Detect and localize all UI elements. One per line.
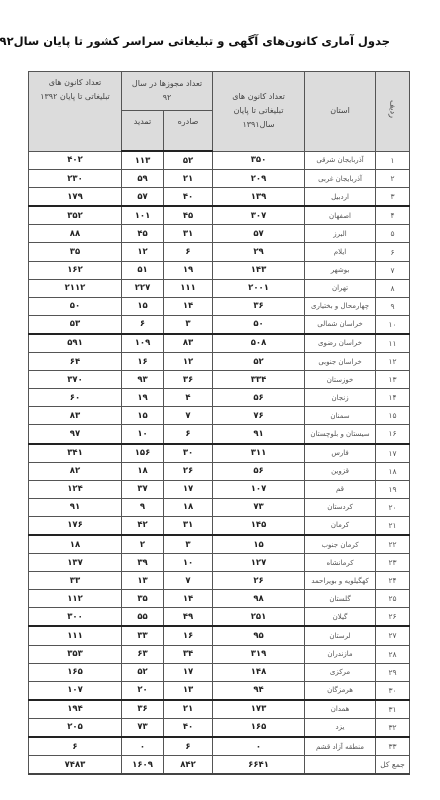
issued-cell: ۳ <box>164 535 213 554</box>
renewed-cell: ۱۹ <box>122 389 164 407</box>
renewed-cell: ۱۵ <box>122 407 164 425</box>
renewed-cell: ۱۶۰۹ <box>122 756 164 775</box>
count-1391-cell: ۳۰۷ <box>213 206 305 225</box>
issued-cell: ۱۷ <box>164 480 213 498</box>
province-cell: سیستان و بلوچستان <box>305 425 376 444</box>
issued-cell: ۷ <box>164 572 213 590</box>
count-1391-cell: ۳۵۰ <box>213 151 305 170</box>
renewed-cell: ۵۷ <box>122 188 164 207</box>
table-row: ۲۴کهگیلویه و بویراحمد۲۶۷۱۳۳۳ <box>29 572 410 590</box>
row-number-cell: ۱۶ <box>376 425 410 444</box>
renewed-cell: ۲۲۷ <box>122 279 164 297</box>
province-cell: قزوین <box>305 462 376 480</box>
row-number-cell: ۲۱ <box>376 516 410 535</box>
count-1392-cell: ۷۴۸۳ <box>29 756 122 775</box>
count-1392-cell: ۱۱۱ <box>29 626 122 645</box>
province-cell: البرز <box>305 225 376 243</box>
table-row: ۳۳منطقه آزاد قشم۰۶۰۶ <box>29 737 410 756</box>
province-cell: سمنان <box>305 407 376 425</box>
count-1391-cell: ۲۹ <box>213 243 305 261</box>
province-cell: آذربایجان غربی <box>305 170 376 188</box>
issued-cell: ۴ <box>164 389 213 407</box>
count-1391-cell: ۵۶ <box>213 389 305 407</box>
province-cell <box>305 756 376 775</box>
renewed-cell: ۳۵ <box>122 590 164 608</box>
issued-cell: ۱۴ <box>164 590 213 608</box>
count-1391-cell: ۱۰۷ <box>213 480 305 498</box>
page-title: جدول آماری کانون‌های آگهی و تبلیغاتی سرا… <box>60 34 390 48</box>
table-row: ۲۷لرستان۹۵۱۶۳۳۱۱۱ <box>29 626 410 645</box>
table-row: ۲۰کردستان۷۳۱۸۹۹۱ <box>29 498 410 516</box>
row-number-cell: ۱۱ <box>376 334 410 353</box>
row-number-cell: ۱۷ <box>376 444 410 463</box>
province-cell: یزد <box>305 718 376 737</box>
row-number-cell: ۲۲ <box>376 535 410 554</box>
count-1391-cell: ۵۰۸ <box>213 334 305 353</box>
count-1391-cell: ۱۴۸ <box>213 663 305 681</box>
renewed-cell: ۹۳ <box>122 371 164 389</box>
renewed-cell: ۳۶ <box>122 700 164 719</box>
issued-cell: ۱۴ <box>164 297 213 315</box>
table-row: ۴اصفهان۳۰۷۴۵۱۰۱۳۵۲ <box>29 206 410 225</box>
count-1392-cell: ۱۱۲ <box>29 590 122 608</box>
table-row: ۹چهارمحال و بختیاری۳۶۱۴۱۵۵۰ <box>29 297 410 315</box>
row-number-cell: ۷ <box>376 261 410 279</box>
issued-cell: ۱۱۱ <box>164 279 213 297</box>
issued-cell: ۳۶ <box>164 371 213 389</box>
row-number-cell: ۴ <box>376 206 410 225</box>
issued-cell: ۴۹ <box>164 608 213 627</box>
renewed-cell: ۴۵ <box>122 225 164 243</box>
province-cell: فارس <box>305 444 376 463</box>
issued-cell: ۲۱ <box>164 170 213 188</box>
renewed-cell: ۱۶ <box>122 353 164 371</box>
table-row: ۵البرز۵۷۳۱۴۵۸۸ <box>29 225 410 243</box>
province-cell: آذربایجان شرقی <box>305 151 376 170</box>
table-row: ۲۱کرمان۱۴۵۳۱۴۲۱۷۶ <box>29 516 410 535</box>
table-row: ۱۳خوزستان۳۳۴۳۶۹۳۳۷۰ <box>29 371 410 389</box>
count-1392-cell: ۶۴ <box>29 353 122 371</box>
issued-cell: ۴۰ <box>164 188 213 207</box>
province-cell: اصفهان <box>305 206 376 225</box>
table-row: ۱آذربایجان شرقی۳۵۰۵۲۱۱۳۴۰۲ <box>29 151 410 170</box>
count-1392-cell: ۳۵ <box>29 243 122 261</box>
count-1391-cell: ۷۶ <box>213 407 305 425</box>
count-1391-cell: ۲۰۰۱ <box>213 279 305 297</box>
table-row: ۲۹مرکزی۱۴۸۱۷۵۲۱۶۵ <box>29 663 410 681</box>
renewed-cell: ۱۰ <box>122 425 164 444</box>
row-number-cell: جمع کل <box>376 756 410 775</box>
issued-cell: ۱۳ <box>164 681 213 700</box>
table-row: ۳۰هرمزگان۹۴۱۳۲۰۱۰۷ <box>29 681 410 700</box>
table-row: ۱۹قم۱۰۷۱۷۳۷۱۲۴ <box>29 480 410 498</box>
count-1392-cell: ۱۸ <box>29 535 122 554</box>
count-1391-cell: ۹۴ <box>213 681 305 700</box>
count-1392-cell: ۱۶۲ <box>29 261 122 279</box>
row-number-cell: ۸ <box>376 279 410 297</box>
row-number-cell: ۱۹ <box>376 480 410 498</box>
issued-cell: ۳۱ <box>164 225 213 243</box>
count-1391-cell: ۵۷ <box>213 225 305 243</box>
count-1392-cell: ۹۱ <box>29 498 122 516</box>
issued-cell: ۵۲ <box>164 151 213 170</box>
row-number-cell: ۵ <box>376 225 410 243</box>
province-cell: تهران <box>305 279 376 297</box>
table-row: ۳۲یزد۱۶۵۴۰۷۳۲۰۵ <box>29 718 410 737</box>
issued-cell: ۱۶ <box>164 626 213 645</box>
count-1391-cell: ۳۳۴ <box>213 371 305 389</box>
table-row: ۲۳کرمانشاه۱۲۷۱۰۳۹۱۳۷ <box>29 554 410 572</box>
row-number-cell: ۲۳ <box>376 554 410 572</box>
row-number-cell: ۲۰ <box>376 498 410 516</box>
count-1391-cell: ۳۱۹ <box>213 645 305 663</box>
issued-cell: ۳ <box>164 315 213 334</box>
count-1391-cell: ۵۰ <box>213 315 305 334</box>
count-1392-cell: ۳۰۰ <box>29 608 122 627</box>
table-row: ۱۰خراسان شمالی۵۰۳۶۵۳ <box>29 315 410 334</box>
count-1391-cell: ۲۰۹ <box>213 170 305 188</box>
issued-cell: ۸۴۲ <box>164 756 213 775</box>
row-number-cell: ۳ <box>376 188 410 207</box>
count-1392-cell: ۱۹۴ <box>29 700 122 719</box>
row-number-cell: ۱۵ <box>376 407 410 425</box>
issued-cell: ۱۰ <box>164 554 213 572</box>
issued-cell: ۸۳ <box>164 334 213 353</box>
renewed-cell: ۱۱۳ <box>122 151 164 170</box>
header-count-1391: تعداد کانون های تبلیغاتی تا پایان سال۱۳۹… <box>213 72 305 152</box>
province-cell: خراسان رضوی <box>305 334 376 353</box>
count-1391-cell: ۱۶۵ <box>213 718 305 737</box>
province-cell: خراسان شمالی <box>305 315 376 334</box>
table-row: ۱۷فارس۳۱۱۳۰۱۵۶۳۴۱ <box>29 444 410 463</box>
issued-cell: ۴۵ <box>164 206 213 225</box>
table-row: ۶ایلام۲۹۶۱۲۳۵ <box>29 243 410 261</box>
renewed-cell: ۶ <box>122 315 164 334</box>
count-1391-cell: ۱۴۵ <box>213 516 305 535</box>
province-cell: کرمانشاه <box>305 554 376 572</box>
row-number-cell: ۱۲ <box>376 353 410 371</box>
count-1392-cell: ۱۶۵ <box>29 663 122 681</box>
count-1392-cell: ۹۷ <box>29 425 122 444</box>
renewed-cell: ۵۵ <box>122 608 164 627</box>
header-renewed: تمدید <box>122 111 164 152</box>
province-cell: لرستان <box>305 626 376 645</box>
province-cell: بوشهر <box>305 261 376 279</box>
count-1392-cell: ۳۵۲ <box>29 206 122 225</box>
count-1391-cell: ۱۲۷ <box>213 554 305 572</box>
row-number-cell: ۲۴ <box>376 572 410 590</box>
province-cell: گیلان <box>305 608 376 627</box>
renewed-cell: ۱۲ <box>122 243 164 261</box>
issued-cell: ۳۴ <box>164 645 213 663</box>
row-number-cell: ۲ <box>376 170 410 188</box>
count-1392-cell: ۲۱۱۲ <box>29 279 122 297</box>
row-number-cell: ۱۸ <box>376 462 410 480</box>
renewed-cell: ۳۹ <box>122 554 164 572</box>
count-1392-cell: ۵۰ <box>29 297 122 315</box>
count-1391-cell: ۳۱۱ <box>213 444 305 463</box>
renewed-cell: ۳۷ <box>122 480 164 498</box>
province-cell: همدان <box>305 700 376 719</box>
province-cell: هرمزگان <box>305 681 376 700</box>
header-permits-92: تعداد مجوزها در سال ۹۲ <box>122 72 213 111</box>
count-1392-cell: ۱۳۷ <box>29 554 122 572</box>
count-1392-cell: ۱۷۹ <box>29 188 122 207</box>
renewed-cell: ۱۵۶ <box>122 444 164 463</box>
count-1391-cell: ۱۷۳ <box>213 700 305 719</box>
row-number-cell: ۲۹ <box>376 663 410 681</box>
table-row: ۸تهران۲۰۰۱۱۱۱۲۲۷۲۱۱۲ <box>29 279 410 297</box>
renewed-cell: ۳۳ <box>122 626 164 645</box>
count-1392-cell: ۱۲۴ <box>29 480 122 498</box>
renewed-cell: ۲ <box>122 535 164 554</box>
count-1392-cell: ۸۲ <box>29 462 122 480</box>
table-row: ۱۱خراسان رضوی۵۰۸۸۳۱۰۹۵۹۱ <box>29 334 410 353</box>
row-number-cell: ۱ <box>376 151 410 170</box>
count-1392-cell: ۵۹۱ <box>29 334 122 353</box>
table-row: ۲۸مازندران۳۱۹۳۴۶۳۳۵۳ <box>29 645 410 663</box>
count-1392-cell: ۶ <box>29 737 122 756</box>
issued-cell: ۶ <box>164 425 213 444</box>
issued-cell: ۳۱ <box>164 516 213 535</box>
issued-cell: ۱۸ <box>164 498 213 516</box>
row-number-cell: ۲۵ <box>376 590 410 608</box>
renewed-cell: ۱۰۹ <box>122 334 164 353</box>
count-1391-cell: ۹۸ <box>213 590 305 608</box>
province-cell: چهارمحال و بختیاری <box>305 297 376 315</box>
row-number-cell: ۳۱ <box>376 700 410 719</box>
province-cell: کرمان جنوب <box>305 535 376 554</box>
count-1391-cell: ۷۳ <box>213 498 305 516</box>
renewed-cell: ۶۳ <box>122 645 164 663</box>
province-cell: اردبیل <box>305 188 376 207</box>
header-row-number: ردیف <box>376 72 410 152</box>
province-cell: مازندران <box>305 645 376 663</box>
renewed-cell: ۵۹ <box>122 170 164 188</box>
statistics-table: ردیف استان تعداد کانون های تبلیغاتی تا پ… <box>28 71 410 775</box>
table-row: ۱۸قزوین۵۶۲۶۱۸۸۲ <box>29 462 410 480</box>
issued-cell: ۱۲ <box>164 353 213 371</box>
row-number-cell: ۱۴ <box>376 389 410 407</box>
issued-cell: ۴۰ <box>164 718 213 737</box>
renewed-cell: ۵۱ <box>122 261 164 279</box>
count-1392-cell: ۵۳ <box>29 315 122 334</box>
count-1391-cell: ۲۶ <box>213 572 305 590</box>
table-row: ۲۲کرمان جنوب۱۵۳۲۱۸ <box>29 535 410 554</box>
count-1392-cell: ۳۳ <box>29 572 122 590</box>
issued-cell: ۱۹ <box>164 261 213 279</box>
issued-cell: ۲۶ <box>164 462 213 480</box>
table-row: ۲۵گلستان۹۸۱۴۳۵۱۱۲ <box>29 590 410 608</box>
row-number-cell: ۲۸ <box>376 645 410 663</box>
renewed-cell: ۴۲ <box>122 516 164 535</box>
row-number-cell: ۳۰ <box>376 681 410 700</box>
header-issued: صادره <box>164 111 213 152</box>
count-1391-cell: ۱۵ <box>213 535 305 554</box>
row-number-cell: ۲۶ <box>376 608 410 627</box>
count-1391-cell: ۰ <box>213 737 305 756</box>
table-row: ۱۴زنجان۵۶۴۱۹۶۰ <box>29 389 410 407</box>
table-total-row: جمع کل۶۶۴۱۸۴۲۱۶۰۹۷۴۸۳ <box>29 756 410 775</box>
table-row: ۱۶سیستان و بلوچستان۹۱۶۱۰۹۷ <box>29 425 410 444</box>
count-1392-cell: ۱۰۷ <box>29 681 122 700</box>
count-1391-cell: ۳۶ <box>213 297 305 315</box>
count-1391-cell: ۹۵ <box>213 626 305 645</box>
renewed-cell: ۰ <box>122 737 164 756</box>
count-1392-cell: ۶۰ <box>29 389 122 407</box>
row-number-cell: ۲۷ <box>376 626 410 645</box>
row-number-cell: ۶ <box>376 243 410 261</box>
table-row: ۷بوشهر۱۴۳۱۹۵۱۱۶۲ <box>29 261 410 279</box>
count-1391-cell: ۵۲ <box>213 353 305 371</box>
header-province: استان <box>305 72 376 152</box>
count-1391-cell: ۱۳۹ <box>213 188 305 207</box>
count-1392-cell: ۸۳ <box>29 407 122 425</box>
province-cell: زنجان <box>305 389 376 407</box>
row-number-cell: ۱۰ <box>376 315 410 334</box>
renewed-cell: ۱۰۱ <box>122 206 164 225</box>
province-cell: کرمان <box>305 516 376 535</box>
issued-cell: ۱۷ <box>164 663 213 681</box>
header-count-1392: تعداد کانون های تبلیغاتی تا پایان ۱۳۹۲ <box>29 72 122 152</box>
count-1392-cell: ۴۰۲ <box>29 151 122 170</box>
count-1391-cell: ۹۱ <box>213 425 305 444</box>
table-row: ۲آذربایجان غربی۲۰۹۲۱۵۹۲۳۰ <box>29 170 410 188</box>
province-cell: قم <box>305 480 376 498</box>
count-1392-cell: ۲۳۰ <box>29 170 122 188</box>
issued-cell: ۶ <box>164 737 213 756</box>
renewed-cell: ۵۲ <box>122 663 164 681</box>
count-1392-cell: ۳۴۱ <box>29 444 122 463</box>
count-1391-cell: ۶۶۴۱ <box>213 756 305 775</box>
issued-cell: ۳۰ <box>164 444 213 463</box>
province-cell: کردستان <box>305 498 376 516</box>
count-1391-cell: ۱۴۳ <box>213 261 305 279</box>
issued-cell: ۶ <box>164 243 213 261</box>
count-1391-cell: ۲۵۱ <box>213 608 305 627</box>
count-1392-cell: ۸۸ <box>29 225 122 243</box>
renewed-cell: ۱۸ <box>122 462 164 480</box>
count-1392-cell: ۳۵۳ <box>29 645 122 663</box>
count-1392-cell: ۳۷۰ <box>29 371 122 389</box>
row-number-cell: ۳۲ <box>376 718 410 737</box>
renewed-cell: ۱۳ <box>122 572 164 590</box>
issued-cell: ۷ <box>164 407 213 425</box>
issued-cell: ۲۱ <box>164 700 213 719</box>
province-cell: خوزستان <box>305 371 376 389</box>
row-number-cell: ۹ <box>376 297 410 315</box>
province-cell: خراسان جنوبی <box>305 353 376 371</box>
province-cell: مرکزی <box>305 663 376 681</box>
renewed-cell: ۹ <box>122 498 164 516</box>
row-number-cell: ۱۳ <box>376 371 410 389</box>
table-row: ۲۶گیلان۲۵۱۴۹۵۵۳۰۰ <box>29 608 410 627</box>
renewed-cell: ۱۵ <box>122 297 164 315</box>
table-row: ۳۱همدان۱۷۳۲۱۳۶۱۹۴ <box>29 700 410 719</box>
count-1392-cell: ۱۷۶ <box>29 516 122 535</box>
province-cell: کهگیلویه و بویراحمد <box>305 572 376 590</box>
table-row: ۱۵سمنان۷۶۷۱۵۸۳ <box>29 407 410 425</box>
count-1392-cell: ۲۰۵ <box>29 718 122 737</box>
table-row: ۳اردبیل۱۳۹۴۰۵۷۱۷۹ <box>29 188 410 207</box>
table-row: ۱۲خراسان جنوبی۵۲۱۲۱۶۶۴ <box>29 353 410 371</box>
renewed-cell: ۷۳ <box>122 718 164 737</box>
count-1391-cell: ۵۶ <box>213 462 305 480</box>
renewed-cell: ۲۰ <box>122 681 164 700</box>
row-number-cell: ۳۳ <box>376 737 410 756</box>
province-cell: ایلام <box>305 243 376 261</box>
province-cell: گلستان <box>305 590 376 608</box>
province-cell: منطقه آزاد قشم <box>305 737 376 756</box>
